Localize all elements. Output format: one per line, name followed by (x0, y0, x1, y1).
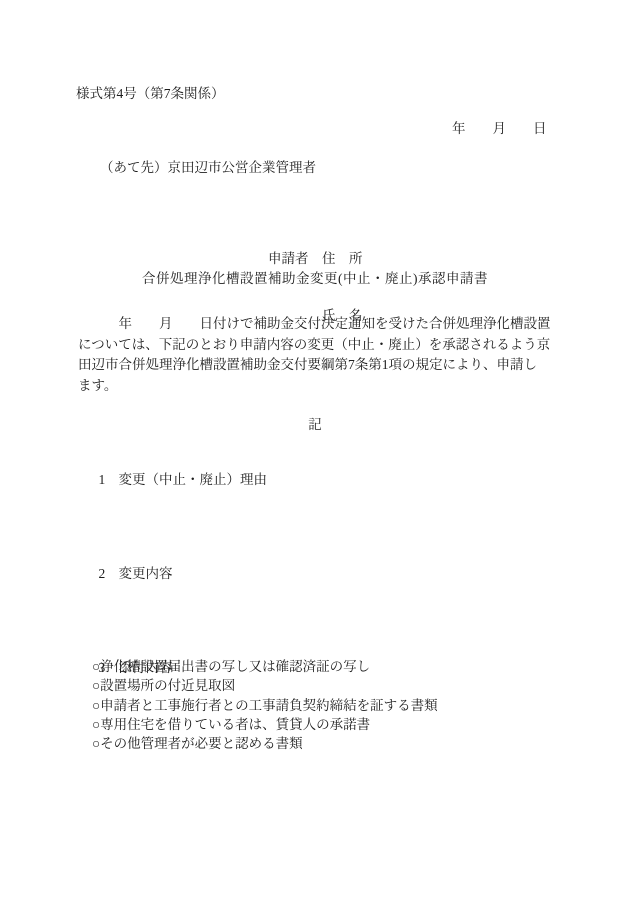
section-change-content: 2変更内容 (85, 546, 173, 598)
attachment-item: ○浄化槽設置届出書の写し又は確認済証の写し (92, 657, 438, 676)
body-line: ます。 (78, 376, 556, 397)
attachment-list: ○浄化槽設置届出書の写し又は確認済証の写し○設置場所の付近見取図○申請者と工事施… (92, 657, 438, 753)
applicant-address-label: 申請者 住 所 (268, 249, 363, 268)
section-number: 1 (99, 472, 119, 488)
attachment-item: ○その他管理者が必要と認める書類 (92, 734, 438, 753)
attachment-item: ○専用住宅を借りている者は、賃貸人の承諾書 (92, 715, 438, 734)
document-page: 様式第4号（第7条関係） 年 月 日 （あて先）京田辺市公営企業管理者 申請者 … (0, 0, 630, 903)
section-label: 変更（中止・廃止）理由 (119, 472, 268, 487)
section-label: 変更内容 (119, 566, 173, 581)
date-line: 年 月 日 (452, 117, 547, 137)
document-title: 合併処理浄化槽設置補助金変更(中止・廃止)承認申請書 (0, 267, 630, 287)
section-change-reason: 1変更（中止・廃止）理由 (85, 452, 267, 504)
body-line: については、下記のとおり申請内容の変更（中止・廃止）を承認されるよう京 (78, 335, 556, 356)
addressee-line: （あて先）京田辺市公営企業管理者 (100, 156, 316, 176)
body-line: 年 月 日付けで補助金交付決定通知を受けた合併処理浄化槽設置 (78, 314, 556, 335)
body-paragraph: 年 月 日付けで補助金交付決定通知を受けた合併処理浄化槽設置については、下記のと… (78, 314, 556, 396)
attachment-item: ○設置場所の付近見取図 (92, 676, 438, 695)
record-mark: 記 (0, 413, 630, 433)
body-line: 田辺市合併処理浄化槽設置補助金交付要綱第7条第1項の規定により、申請し (78, 355, 556, 376)
form-number: 様式第4号（第7条関係） (76, 82, 225, 102)
attachment-item: ○申請者と工事施行者との工事請負契約締結を証する書類 (92, 696, 438, 715)
section-number: 2 (99, 566, 119, 582)
